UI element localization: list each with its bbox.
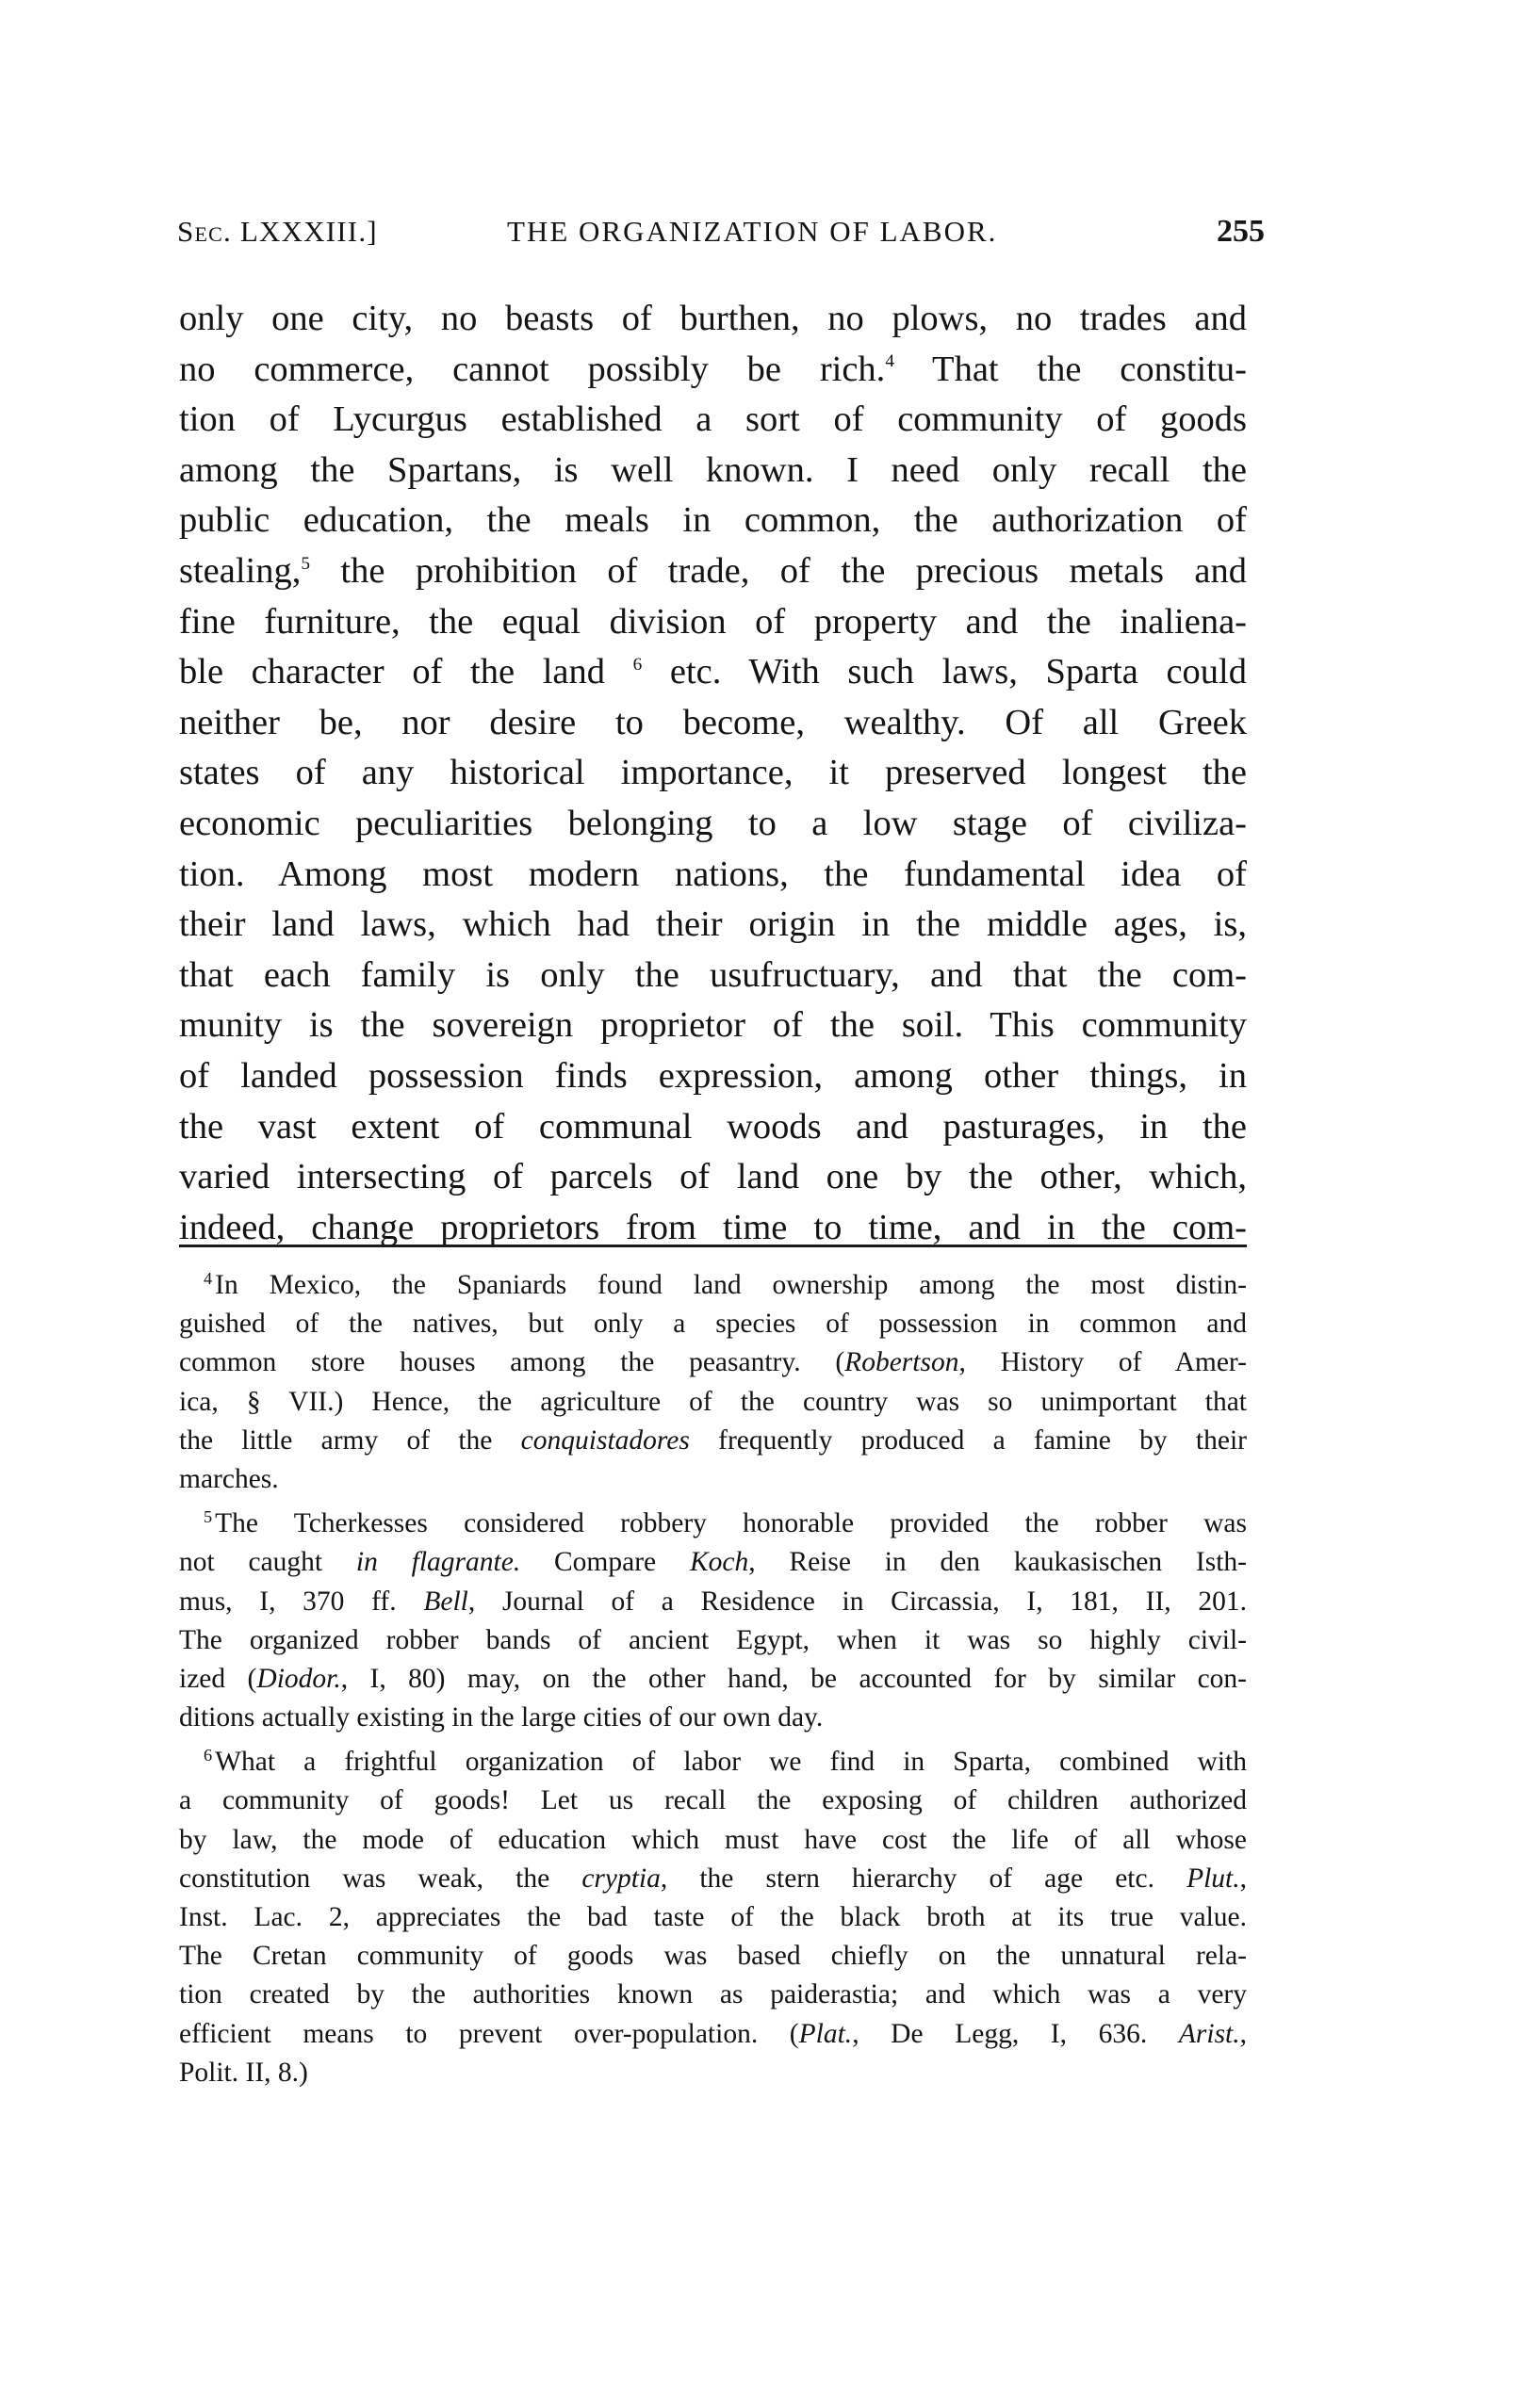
text-line: only one city, no beasts of burthen, no … (179, 294, 1247, 345)
footnote-divider (179, 1245, 1247, 1247)
text-line: neither be, nor desire to become, wealth… (179, 698, 1247, 749)
text-line: tion. Among most modern nations, the fun… (179, 850, 1247, 901)
footnote-line: a community of goods! Let us recall the … (179, 1782, 1247, 1820)
footnote-line: ica, § VII.) Hence, the agriculture of t… (179, 1383, 1247, 1422)
italic-citation: Robertson (844, 1347, 958, 1377)
text-line: the vast extent of communal woods and pa… (179, 1102, 1247, 1153)
text-line: economic peculiarities belonging to a lo… (179, 799, 1247, 850)
footnote-line: 4In Mexico, the Spaniards found land own… (179, 1266, 1247, 1305)
footnote-line: tion created by the authorities known as… (179, 1976, 1247, 2014)
chapter-title: THE ORGANIZATION OF LABOR. (507, 211, 997, 252)
footnote-4: 4In Mexico, the Spaniards found land own… (179, 1266, 1247, 1499)
footnote-line: ditions actually existing in the large c… (179, 1699, 1247, 1737)
footnote-reference[interactable]: 5 (301, 554, 310, 574)
text-line: fine furniture, the equal division of pr… (179, 597, 1247, 648)
text-line: states of any historical importance, it … (179, 748, 1247, 799)
footnote-marker: 4 (204, 1269, 212, 1288)
footnote-line: 5The Tcherkesses considered robbery hono… (179, 1505, 1247, 1543)
footnote-line: not caught in flagrante. Compare Koch, R… (179, 1543, 1247, 1582)
text-line: munity is the sovereign proprietor of th… (179, 1001, 1247, 1051)
text-line: no commerce, cannot possibly be rich.4 T… (179, 345, 1247, 396)
footnote-line: Inst. Lac. 2, appreciates the bad taste … (179, 1898, 1247, 1937)
footnote-line: constitution was weak, the cryptia, the … (179, 1860, 1247, 1898)
footnote-line: 6What a frightful organization of labor … (179, 1743, 1247, 1782)
footnote-line: Polit. II, 8.) (179, 2054, 1247, 2092)
text-line: that each family is only the usufructuar… (179, 951, 1247, 1001)
footnote-line: common store houses among the peasantry.… (179, 1343, 1247, 1382)
footnote-line: The Cretan community of goods was based … (179, 1937, 1247, 1976)
book-page: Sec. LXXXIII.] THE ORGANIZATION OF LABOR… (0, 0, 1538, 2408)
footnote-line: efficient means to prevent over-populati… (179, 2015, 1247, 2054)
italic-citation: Plat. (799, 2019, 853, 2049)
footnote-marker: 6 (204, 1746, 212, 1765)
italic-citation: Diodor. (256, 1664, 340, 1694)
text-line: of landed possession finds expression, a… (179, 1051, 1247, 1102)
text-line: tion of Lycurgus established a sort of c… (179, 395, 1247, 446)
text-line: varied intersecting of parcels of land o… (179, 1152, 1247, 1203)
footnote-line: the little army of the conquistadores fr… (179, 1422, 1247, 1460)
footnote-line: guished of the natives, but only a speci… (179, 1305, 1247, 1343)
text-line: public education, the meals in common, t… (179, 496, 1247, 546)
footnote-line: The organized robber bands of ancient Eg… (179, 1621, 1247, 1660)
footnote-6: 6What a frightful organization of labor … (179, 1743, 1247, 2092)
text-line: among the Spartans, is well known. I nee… (179, 446, 1247, 496)
footnote-line: marches. (179, 1460, 1247, 1499)
page-number: 255 (1217, 211, 1265, 252)
text-line: ble character of the land 6 etc. With su… (179, 647, 1247, 698)
footnote-marker: 5 (204, 1507, 212, 1526)
footnote-reference[interactable]: 4 (885, 351, 894, 371)
running-head: Sec. LXXXIII.] THE ORGANIZATION OF LABOR… (177, 211, 1265, 252)
italic-citation: cryptia (581, 1863, 661, 1894)
italic-citation: in flagrante. (356, 1547, 520, 1577)
main-text-block: only one city, no beasts of burthen, no … (179, 294, 1247, 1253)
section-number: Sec. LXXXIII.] (177, 211, 378, 252)
footnote-line: by law, the mode of education which must… (179, 1821, 1247, 1860)
italic-citation: conquistadores (521, 1425, 690, 1456)
footnote-5: 5The Tcherkesses considered robbery hono… (179, 1505, 1247, 1737)
text-line: stealing,5 the prohibition of trade, of … (179, 546, 1247, 597)
footnote-reference[interactable]: 6 (633, 655, 643, 675)
italic-citation: Plut. (1186, 1863, 1240, 1894)
italic-citation: Koch (690, 1547, 748, 1577)
text-line: their land laws, which had their origin … (179, 900, 1247, 951)
footnote-line: mus, I, 370 ff. Bell, Journal of a Resid… (179, 1583, 1247, 1621)
footnote-line: ized (Diodor., I, 80) may, on the other … (179, 1660, 1247, 1699)
footnotes-block: 4In Mexico, the Spaniards found land own… (179, 1266, 1247, 2098)
italic-citation: Arist. (1179, 2019, 1240, 2049)
italic-citation: Bell (423, 1586, 468, 1617)
